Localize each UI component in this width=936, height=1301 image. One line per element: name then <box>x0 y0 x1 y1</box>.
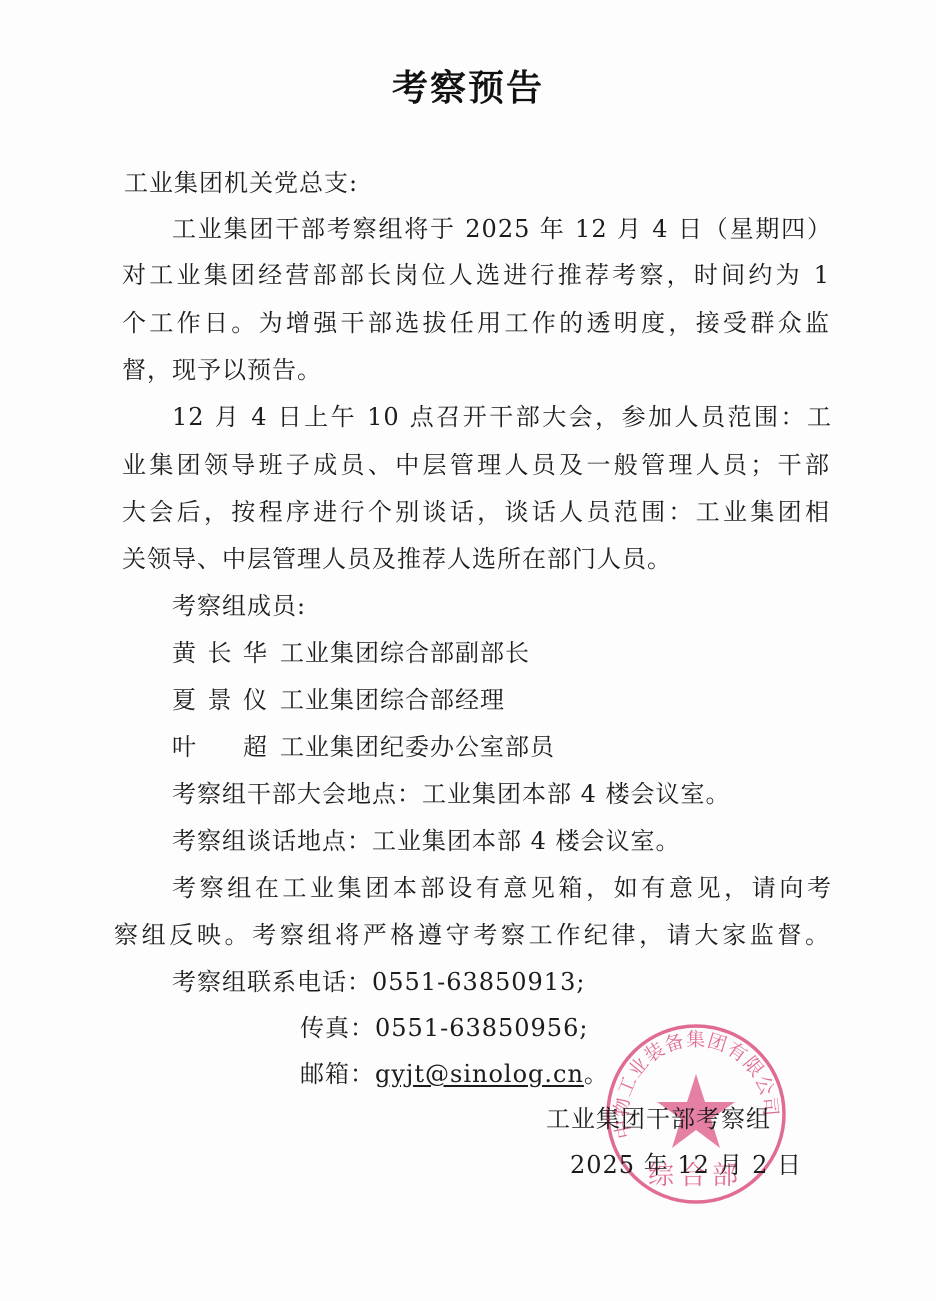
signature-date: 2025 年 12 月 2 日 <box>570 1150 802 1180</box>
member-name: 黄长华 <box>172 638 268 668</box>
document-title: 考察预告 <box>0 60 936 111</box>
meeting-location: 考察组干部大会地点：工业集团本部 4 楼会议室。 <box>172 779 731 809</box>
paragraph2-line-1: 12 月 4 日上午 10 点召开干部大会，参加人员范围：工 <box>172 402 832 432</box>
member-row: 叶超工业集团纪委办公室部员 <box>172 732 555 762</box>
salutation: 工业集团机关党总支: <box>124 168 358 198</box>
email-label: 邮箱： <box>300 1060 375 1088</box>
paragraph1-line-1: 工业集团干部考察组将于 2025 年 12 月 4 日（星期四） <box>172 214 832 244</box>
paragraph1-line-3: 个工作日。为增强干部选拔任用工作的透明度，接受群众监 <box>122 308 830 338</box>
email-suffix: 。 <box>584 1060 609 1088</box>
member-role: 工业集团综合部副部长 <box>280 638 530 668</box>
fax-label: 传真： <box>300 1014 375 1042</box>
signature-org: 工业集团干部考察组 <box>546 1104 771 1134</box>
member-row: 黄长华工业集团综合部副部长 <box>172 638 530 668</box>
contact-email-row: 邮箱：gyjt@sinolog.cn。 <box>300 1059 609 1089</box>
talk-location: 考察组谈话地点：工业集团本部 4 楼会议室。 <box>172 826 681 856</box>
paragraph3-line-1: 考察组在工业集团本部设有意见箱，如有意见，请向考 <box>172 873 832 903</box>
paragraph2-line-2: 业集团领导班子成员、中层管理人员及一般管理人员；干部 <box>122 450 830 480</box>
email-link[interactable]: gyjt@sinolog.cn <box>375 1060 584 1088</box>
fax-number: 0551-63850956; <box>375 1014 588 1042</box>
members-heading: 考察组成员: <box>172 591 306 621</box>
phone-number: 0551-63850913; <box>372 968 585 996</box>
member-role: 工业集团综合部经理 <box>280 685 505 715</box>
contact-phone-row: 考察组联系电话：0551-63850913; <box>172 967 585 997</box>
document-page: 考察预告 工业集团机关党总支: 工业集团干部考察组将于 2025 年 12 月 … <box>0 0 936 1301</box>
paragraph1-line-4: 督，现予以预告。 <box>122 355 322 385</box>
paragraph1-line-2: 对工业集团经营部部长岗位人选进行推荐考察，时间约为 1 <box>122 260 830 290</box>
member-name: 叶超 <box>172 732 268 762</box>
paragraph2-line-3: 大会后，按程序进行个别谈话，谈话人员范围：工业集团相 <box>122 497 830 527</box>
contact-fax-row: 传真：0551-63850956; <box>300 1013 588 1043</box>
member-role: 工业集团纪委办公室部员 <box>280 732 555 762</box>
phone-label: 考察组联系电话： <box>172 968 372 996</box>
member-row: 夏景仪工业集团综合部经理 <box>172 685 505 715</box>
paragraph3-line-2: 察组反映。考察组将严格遵守考察工作纪律，请大家监督。 <box>114 920 830 950</box>
member-name: 夏景仪 <box>172 685 268 715</box>
paragraph2-line-4: 关领导、中层管理人员及推荐人选所在部门人员。 <box>122 544 672 574</box>
